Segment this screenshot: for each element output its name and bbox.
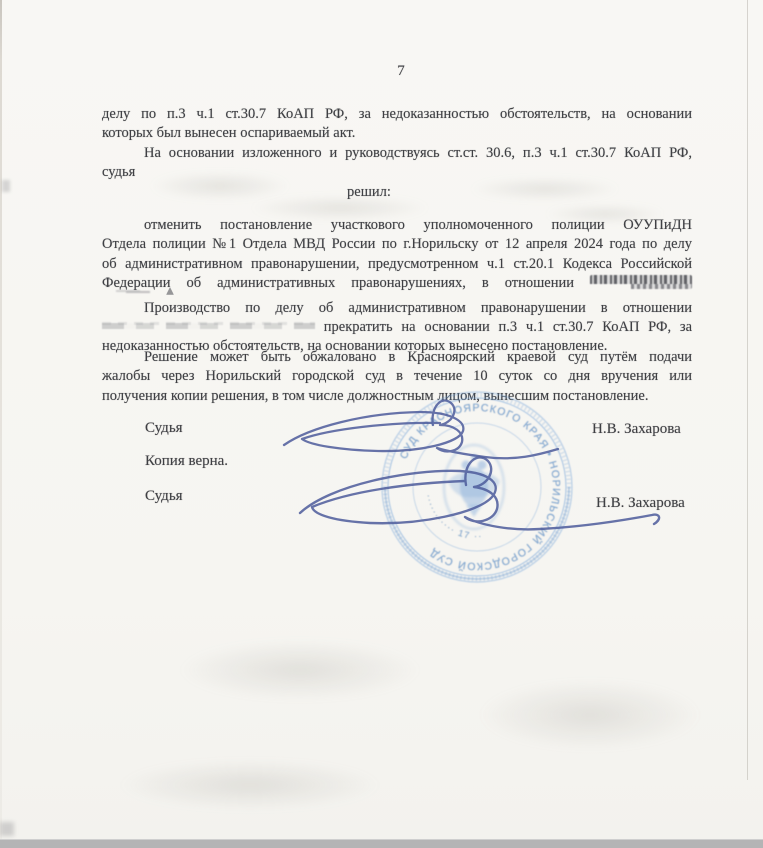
redacted-name-smudge: [590, 275, 692, 289]
body-line: которых был вынесен оспариваемый акт.: [102, 124, 692, 143]
scan-corner-mark: [0, 822, 14, 836]
page-number: 7: [346, 63, 456, 80]
scan-bottom-strip: [0, 839, 763, 848]
body-line: жалобы через Норильский городской суд в …: [102, 367, 692, 386]
body-line: судья: [102, 163, 692, 182]
body-line: На основании изложенного и руководствуяс…: [102, 144, 692, 163]
blank-line: [102, 202, 692, 216]
document-body: делу по п.3 ч.1 ст.30.7 КоАП РФ, за недо…: [102, 105, 692, 406]
judge-label: Судья: [145, 420, 183, 437]
scan-right-fold-line: [747, 0, 748, 780]
scan-left-edge-line: [0, 0, 2, 848]
body-line: Производство по делу об административном…: [102, 299, 692, 318]
body-line: Отдела полиции №1 Отдела МВД России по г…: [102, 235, 692, 254]
stamp-and-signatures: СУД КРАСНОЯРСКОГО КРАЯ • НОРИЛЬСКИЙ ГОРО…: [270, 385, 700, 605]
body-line: об административном правонарушении, пред…: [102, 255, 692, 274]
bleed-through-ghost: [180, 640, 420, 700]
redacted-name-faint: [102, 320, 315, 332]
judge-label: Судья: [145, 488, 183, 505]
resolution-heading: решил:: [74, 183, 664, 202]
body-line: отменить постановление участкового уполн…: [102, 216, 692, 235]
redaction-remnant-marks: [116, 285, 178, 297]
body-line-text: прекратить на основании п.3 ч.1 ст.30.7 …: [324, 319, 692, 335]
bleed-through-ghost: [120, 760, 380, 810]
copy-certified-label: Копия верна.: [145, 453, 228, 470]
body-line: Федерации об административных правонаруш…: [102, 274, 692, 293]
scanned-court-document-page: 7 делу по п.3 ч.1 ст.30.7 КоАП РФ, за не…: [0, 0, 763, 848]
scan-edge-smudge: [2, 180, 10, 192]
body-line: делу по п.3 ч.1 ст.30.7 КоАП РФ, за недо…: [102, 105, 692, 124]
bleed-through-ghost: [480, 680, 700, 750]
body-line: прекратить на основании п.3 ч.1 ст.30.7 …: [102, 318, 692, 337]
body-line: Решение может быть обжаловано в Краснояр…: [102, 348, 692, 367]
